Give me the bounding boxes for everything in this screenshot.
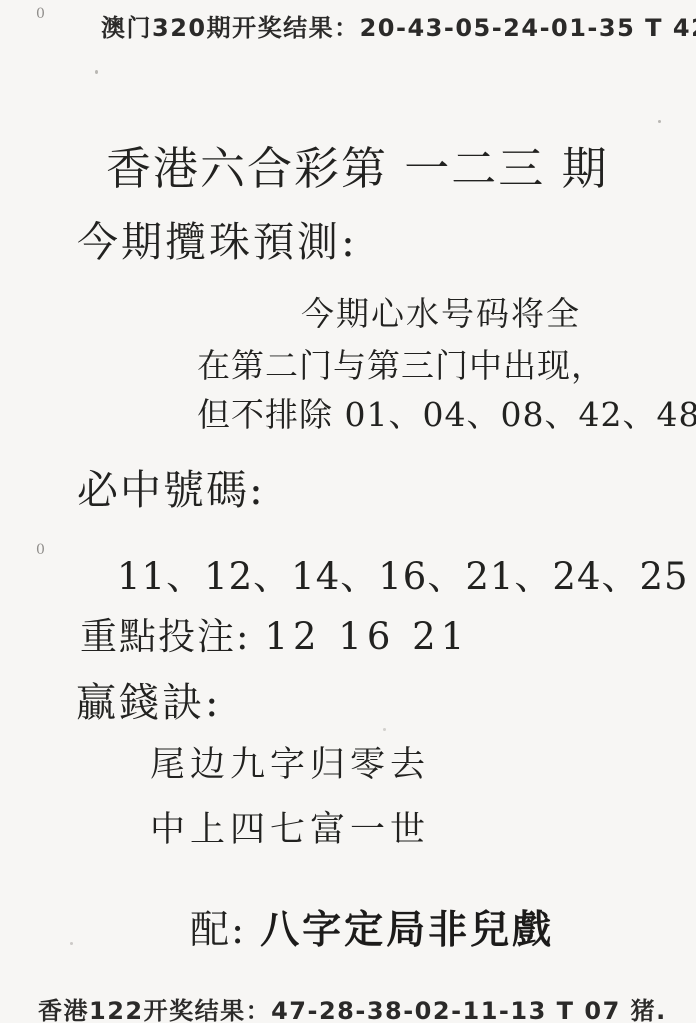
forecast-line: 在第二门与第三门中出现，: [197, 340, 605, 387]
verse-line: 尾边九字归零去: [150, 737, 430, 787]
scan-speck: [383, 728, 386, 731]
must-hit-heading: 必中號碼:: [77, 457, 265, 516]
document-page: 0 澳门320期开奖结果：20-43-05-24-01-35 T 42 鼠 香港…: [0, 0, 696, 1023]
forecast-heading: 今期攬珠預測:: [77, 209, 358, 268]
verse-heading: 贏錢訣:: [76, 671, 221, 728]
margin-mark-top: 0: [36, 6, 45, 22]
key-bet-numbers: 12 16 21: [264, 615, 469, 658]
hongkong-result-footer: 香港122开奖结果：47-28-38-02-11-13 T 07 猪.: [38, 991, 667, 1023]
key-bet-label: 重點投注:: [80, 615, 250, 658]
key-bet-line: 重點投注:12 16 21: [80, 606, 469, 660]
macau-result-header: 澳门320期开奖结果：20-43-05-24-01-35 T 42 鼠: [101, 8, 696, 43]
scan-speck: [658, 120, 661, 123]
forecast-line: 但不排除 01、04、08、42、48: [197, 389, 696, 436]
page-title: 香港六合彩第 一二三 期: [106, 132, 609, 197]
pairing-label: 配:: [190, 908, 246, 953]
scan-speck: [70, 942, 73, 945]
forecast-line: 今期心水号码将全: [301, 288, 581, 335]
margin-mark-middle: 0: [36, 542, 45, 558]
scan-speck: [95, 70, 98, 74]
pairing-text: 八字定局非兒戲: [260, 907, 554, 953]
pairing-line: 配:八字定局非兒戲: [190, 899, 554, 955]
must-hit-numbers: 11、12、14、16、21、24、25: [117, 546, 689, 600]
verse-line: 中上四七富一世: [150, 802, 430, 852]
